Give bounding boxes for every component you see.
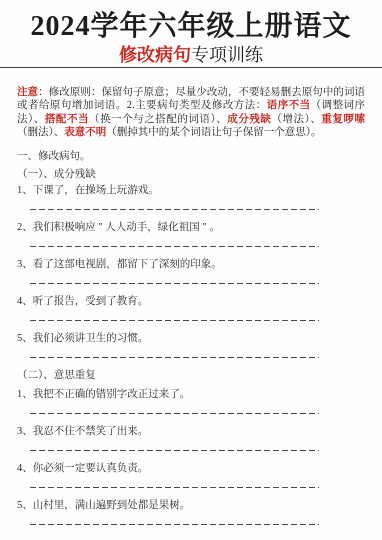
question-text: 4、听了报告，受到了教育。 [17,295,365,308]
page-subtitle: 修改病句专项训练 [17,45,365,65]
qa-item: 4、你必须一定要认真负责。 [17,462,365,488]
qa-item: 1、我把不正确的错别字改正过来了。 [17,388,365,414]
answer-blank-line [30,512,319,525]
main-section-heading: 一、修改病句。 [17,150,365,163]
qa-item: 5、我们必须讲卫生的习惯。 [17,332,365,358]
answer-blank-line [30,475,319,488]
qa-item: 2、我们积极响应 " 人人动手，绿化祖国 " 。 [17,221,365,247]
answer-blank-line [30,271,319,284]
worksheet-page: 2024学年六年级上册语文 修改病句专项训练 注意：修改原则：保留句子原意；尽量… [0,0,382,540]
answer-blank-line [30,234,319,247]
qa-item: 5、山村里，满山遍野到处都是果树。 [17,499,365,525]
question-text: 1、我把不正确的错别字改正过来了。 [17,388,365,401]
qa-item: 3、看了这部电视剧，都留下了深刻的印象。 [17,258,365,284]
answer-blank-line [30,401,319,414]
answer-blank-line [30,345,319,358]
answer-blank-line [30,438,319,451]
subtitle-rest: 专项训练 [191,45,263,65]
page-title: 2024学年六年级上册语文 [17,10,365,43]
section1-heading: （一）、成分残缺 [17,169,365,181]
question-text: 5、我们必须讲卫生的习惯。 [17,332,365,345]
question-text: 4、你必须一定要认真负责。 [17,462,365,475]
question-text: 2、我们积极响应 " 人人动手，绿化祖国 " 。 [17,221,365,234]
section2-heading: （二）、意思重复 [17,370,365,382]
subtitle-highlight: 修改病句 [119,45,191,65]
question-text: 1、下课了，在操场上玩游戏。 [17,184,365,197]
question-text: 3、我忍不住不禁笑了出来。 [17,425,365,438]
answer-blank-line [30,308,319,321]
qa-item: 4、听了报告，受到了教育。 [17,295,365,321]
notice-paragraph: 注意：修改原则：保留句子原意；尽量少改动，不要轻易删去原句中的词语或者给原句增加… [17,86,365,140]
answer-blank-line [30,197,319,210]
title-divider [0,67,382,68]
qa-item: 1、下课了，在操场上玩游戏。 [17,184,365,210]
question-text: 3、看了这部电视剧，都留下了深刻的印象。 [17,258,365,271]
qa-item: 3、我忍不住不禁笑了出来。 [17,425,365,451]
question-text: 5、山村里，满山遍野到处都是果树。 [17,499,365,512]
